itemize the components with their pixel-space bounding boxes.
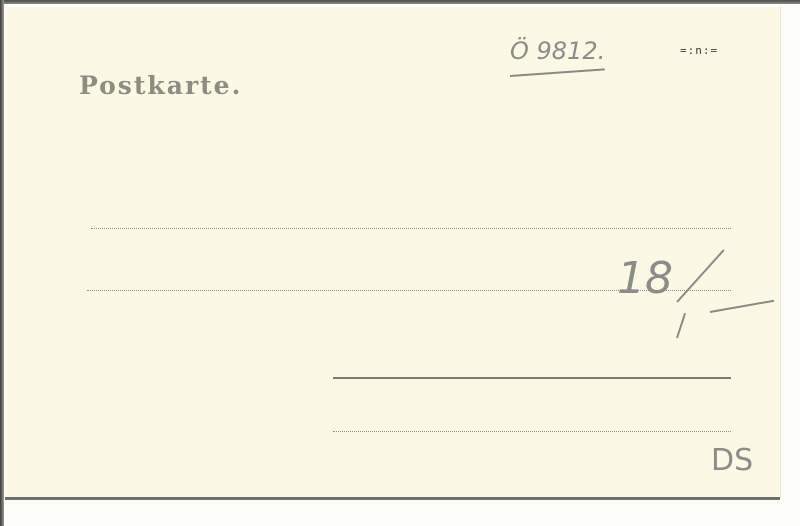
price-dash <box>710 300 774 313</box>
address-line-4 <box>333 431 731 432</box>
catalog-underline <box>510 68 605 77</box>
initials-note: DS <box>711 443 753 478</box>
price-slash <box>676 249 724 302</box>
stamp-mark: =:n:= <box>680 44 718 57</box>
address-line-3 <box>333 377 731 379</box>
address-line-1 <box>91 228 731 229</box>
scan-top-edge <box>0 0 800 4</box>
scan-left-edge <box>0 0 4 526</box>
price-note: 18 <box>617 253 673 304</box>
price-tick <box>676 313 686 338</box>
postcard: Postkarte. Ö 9812. =:n:= 18 DS <box>5 7 780 499</box>
postcard-title: Postkarte. <box>79 71 242 100</box>
catalog-number-note: Ö 9812. <box>510 37 605 65</box>
